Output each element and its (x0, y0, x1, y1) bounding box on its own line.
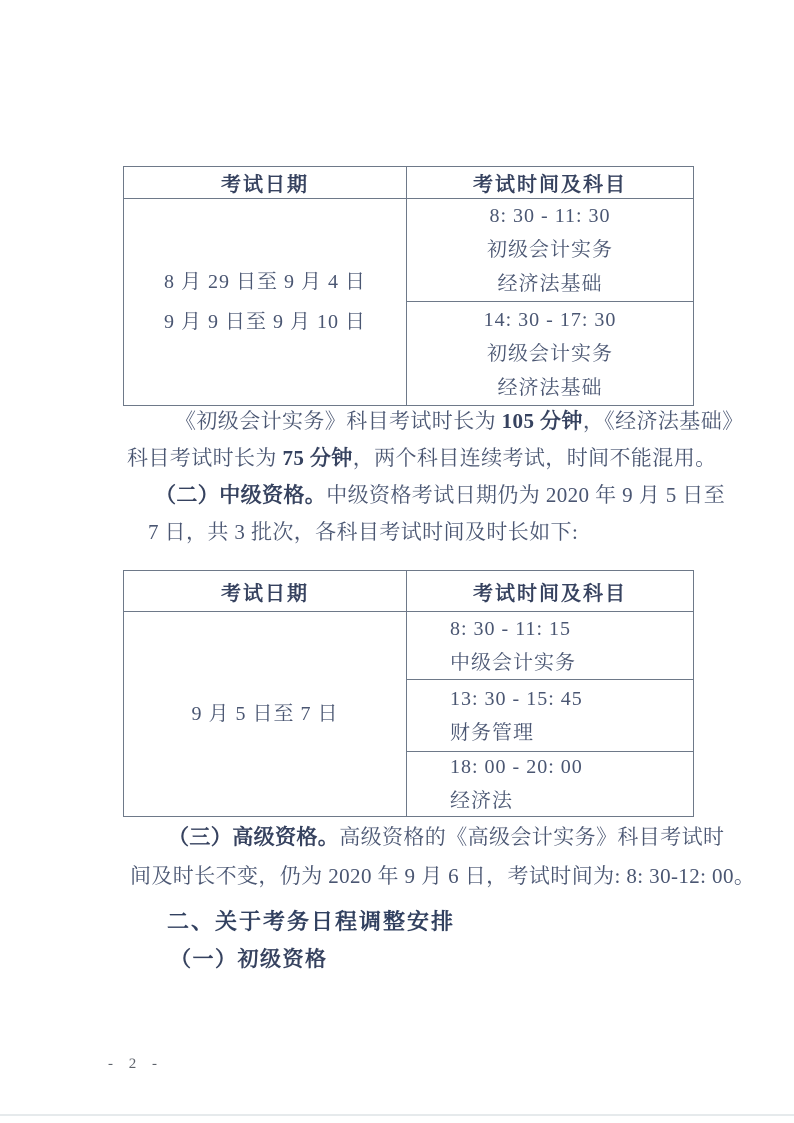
paragraph-senior-line2: 间及时长不变，仍为 2020 年 9 月 6 日，考试时间为: 8: 30-12… (130, 857, 755, 895)
document-page: 考试日期 考试时间及科目 8 月 29 日至 9 月 4 日 9 月 9 日至 … (0, 0, 794, 1123)
paragraph-junior-duration-line1: 《初级会计实务》科目考试时长为 105 分钟，《经济法基础》 (175, 402, 744, 440)
session-evening: 18: 00 - 20: 00 经济法 (407, 752, 693, 816)
session-afternoon: 13: 30 - 15: 45 财务管理 (407, 680, 693, 752)
exam-date-cell: 8 月 29 日至 9 月 4 日 9 月 9 日至 9 月 10 日 (124, 199, 407, 405)
session-subject: 经济法基础 (498, 371, 603, 405)
exam-date-line: 9 月 5 日至 7 日 (192, 694, 339, 734)
session-morning: 8: 30 - 11: 30 初级会计实务 经济法基础 (407, 199, 693, 302)
section-heading-exam-schedule-adjustment: 二、关于考务日程调整安排 (167, 903, 455, 941)
table-body-row: 9 月 5 日至 7 日 8: 30 - 11: 15 中级会计实务 13: 3… (124, 612, 693, 816)
exam-sessions-cell: 8: 30 - 11: 30 初级会计实务 经济法基础 14: 30 - 17:… (407, 199, 693, 405)
exam-table-junior: 考试日期 考试时间及科目 8 月 29 日至 9 月 4 日 9 月 9 日至 … (123, 166, 694, 406)
paragraph-intermediate-line1: （二）中级资格。中级资格考试日期仍为 2020 年 9 月 5 日至 (155, 476, 725, 514)
page-number: - 2 - (108, 1056, 163, 1073)
session-subject: 初级会计实务 (487, 337, 613, 371)
session-morning: 8: 30 - 11: 15 中级会计实务 (407, 612, 693, 680)
exam-sessions-cell: 8: 30 - 11: 15 中级会计实务 13: 30 - 15: 45 财务… (407, 612, 693, 816)
subsection-heading-junior-qualification: （一）初级资格 (170, 940, 328, 978)
exam-date-line: 8 月 29 日至 9 月 4 日 (164, 262, 366, 302)
exam-table-intermediate: 考试日期 考试时间及科目 9 月 5 日至 7 日 8: 30 - 11: 15… (123, 570, 694, 817)
session-time: 8: 30 - 11: 15 (450, 612, 571, 646)
duration-105-min: 105 分钟 (502, 409, 583, 433)
session-time: 14: 30 - 17: 30 (484, 303, 617, 337)
session-time: 18: 00 - 20: 00 (450, 750, 583, 784)
label-intermediate-qualification: （二）中级资格。 (155, 483, 326, 507)
duration-75-min: 75 分钟 (282, 446, 352, 470)
header-exam-date: 考试日期 (124, 167, 407, 198)
exam-date-cell: 9 月 5 日至 7 日 (124, 612, 407, 816)
text-segment: 科目考试时长为 (127, 446, 282, 470)
label-senior-qualification: （三）高级资格。 (168, 825, 339, 849)
header-exam-date: 考试日期 (124, 571, 407, 611)
session-subject: 经济法 (450, 784, 513, 818)
session-time: 13: 30 - 15: 45 (450, 682, 583, 716)
text-segment: ，两个科目连续考试，时间不能混用。 (353, 446, 717, 470)
paragraph-intermediate-line2: 7 日，共 3 批次，各科目考试时间及时长如下: (148, 513, 578, 551)
session-subject: 财务管理 (450, 716, 534, 750)
table-body-row: 8 月 29 日至 9 月 4 日 9 月 9 日至 9 月 10 日 8: 3… (124, 199, 693, 405)
paragraph-senior-line1: （三）高级资格。高级资格的《高级会计实务》科目考试时 (168, 818, 724, 856)
table-header-row: 考试日期 考试时间及科目 (124, 167, 693, 199)
session-subject: 初级会计实务 (487, 233, 613, 267)
session-subject: 经济法基础 (498, 267, 603, 301)
text-segment: 中级资格考试日期仍为 2020 年 9 月 5 日至 (326, 483, 725, 507)
session-afternoon: 14: 30 - 17: 30 初级会计实务 经济法基础 (407, 302, 693, 405)
text-segment: 高级资格的《高级会计实务》科目考试时 (339, 825, 724, 849)
text-segment: 7 日，共 3 批次，各科目考试时间及时长如下: (148, 520, 578, 544)
header-exam-time-subject: 考试时间及科目 (407, 167, 693, 198)
text-segment: ，《经济法基础》 (583, 409, 744, 433)
session-subject: 中级会计实务 (450, 646, 576, 680)
session-time: 8: 30 - 11: 30 (489, 199, 610, 233)
scan-edge-line (0, 1114, 794, 1116)
header-exam-time-subject: 考试时间及科目 (407, 571, 693, 611)
table-header-row: 考试日期 考试时间及科目 (124, 571, 693, 612)
text-segment: 《初级会计实务》科目考试时长为 (175, 409, 502, 433)
paragraph-junior-duration-line2: 科目考试时长为 75 分钟，两个科目连续考试，时间不能混用。 (127, 439, 717, 477)
text-segment: 间及时长不变，仍为 2020 年 9 月 6 日，考试时间为: 8: 30-12… (130, 864, 755, 888)
exam-date-line: 9 月 9 日至 9 月 10 日 (164, 302, 366, 342)
